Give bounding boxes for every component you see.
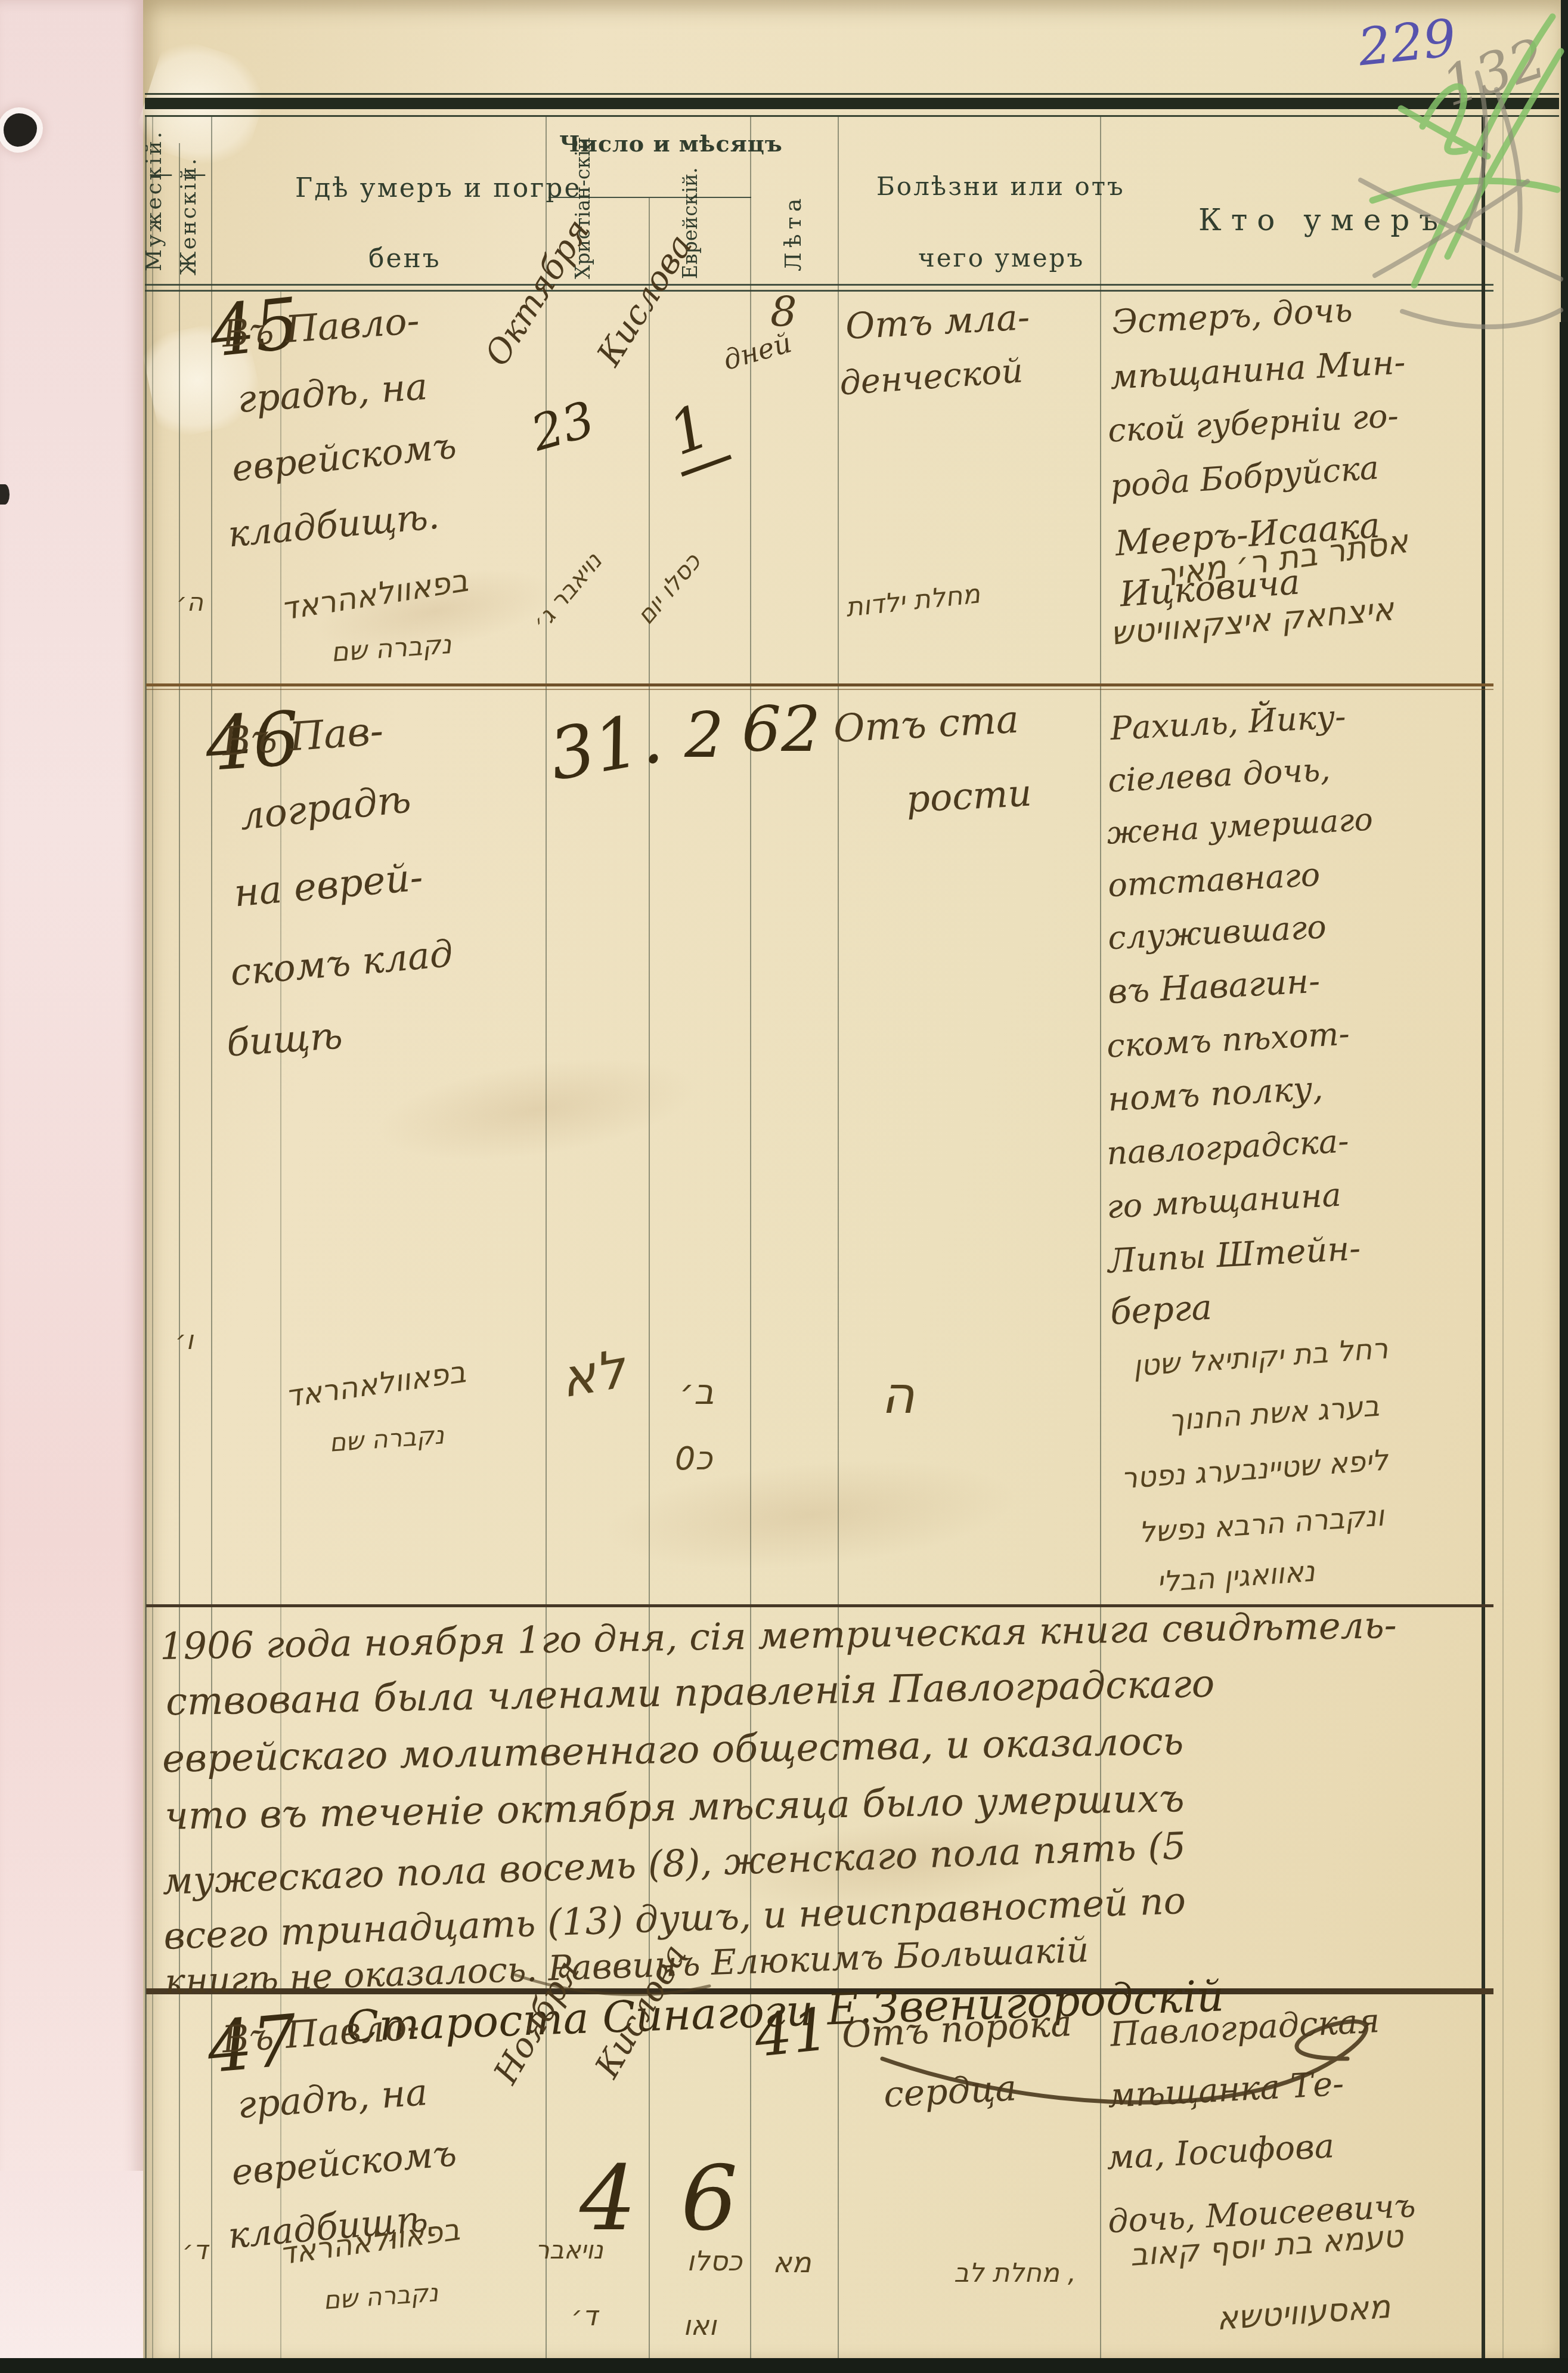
hebrew-date-jewish-line: כ0 <box>675 1440 712 1477</box>
hebrew-female-mark: ה׳ <box>176 587 203 617</box>
scan-edge-right <box>1560 322 1568 2373</box>
row-separator-45-46b <box>146 689 1493 690</box>
hebrew-female-mark: ד׳ <box>182 2235 207 2266</box>
hebrew-date-jewish-line: ב׳ <box>680 1372 714 1412</box>
who-line: берга <box>1109 1287 1213 1333</box>
hebrew-date-jewish-line: ואו <box>683 2309 717 2341</box>
col-line-male-female <box>179 143 180 2358</box>
hebrew-age: מא <box>773 2246 811 2279</box>
table-left-border2 <box>152 117 153 2358</box>
hebrew-date-jewish-line: כסלו <box>687 2245 742 2277</box>
cause-line: рости <box>905 771 1033 821</box>
hebrew-date-christian-line: ד׳ <box>571 2300 597 2332</box>
hebrew-date-christian: לא <box>556 1338 630 1409</box>
scan-edge-bottom <box>0 2358 1568 2373</box>
hebrew-date-christian-line: נויאבר <box>535 2235 603 2264</box>
hebrew-cause: , מחלת לב <box>954 2258 1076 2288</box>
scanned-metrical-book-page: Мужескій. Женскій. Гдѣ умеръ и погре- бе… <box>0 0 1568 2373</box>
crayon-scribble <box>0 0 1568 417</box>
date-jewish-num: 2 <box>684 699 724 772</box>
paper-nick <box>0 484 10 505</box>
hebrew-cause: ה <box>881 1366 915 1425</box>
age-number: 41 <box>751 1995 832 2071</box>
cause-line: сердца <box>882 2067 1018 2116</box>
date-jewish-num: 6 <box>681 2147 737 2251</box>
hebrew-female-mark: ו׳ <box>175 1325 193 1356</box>
row-separator-45-46 <box>146 683 1493 686</box>
age-number: 62 <box>742 693 820 766</box>
table-left-border <box>145 117 147 2358</box>
table-right-crease <box>1502 117 1504 2358</box>
table-right-border <box>1482 117 1485 2358</box>
place-line: бищѣ <box>225 1013 344 1065</box>
